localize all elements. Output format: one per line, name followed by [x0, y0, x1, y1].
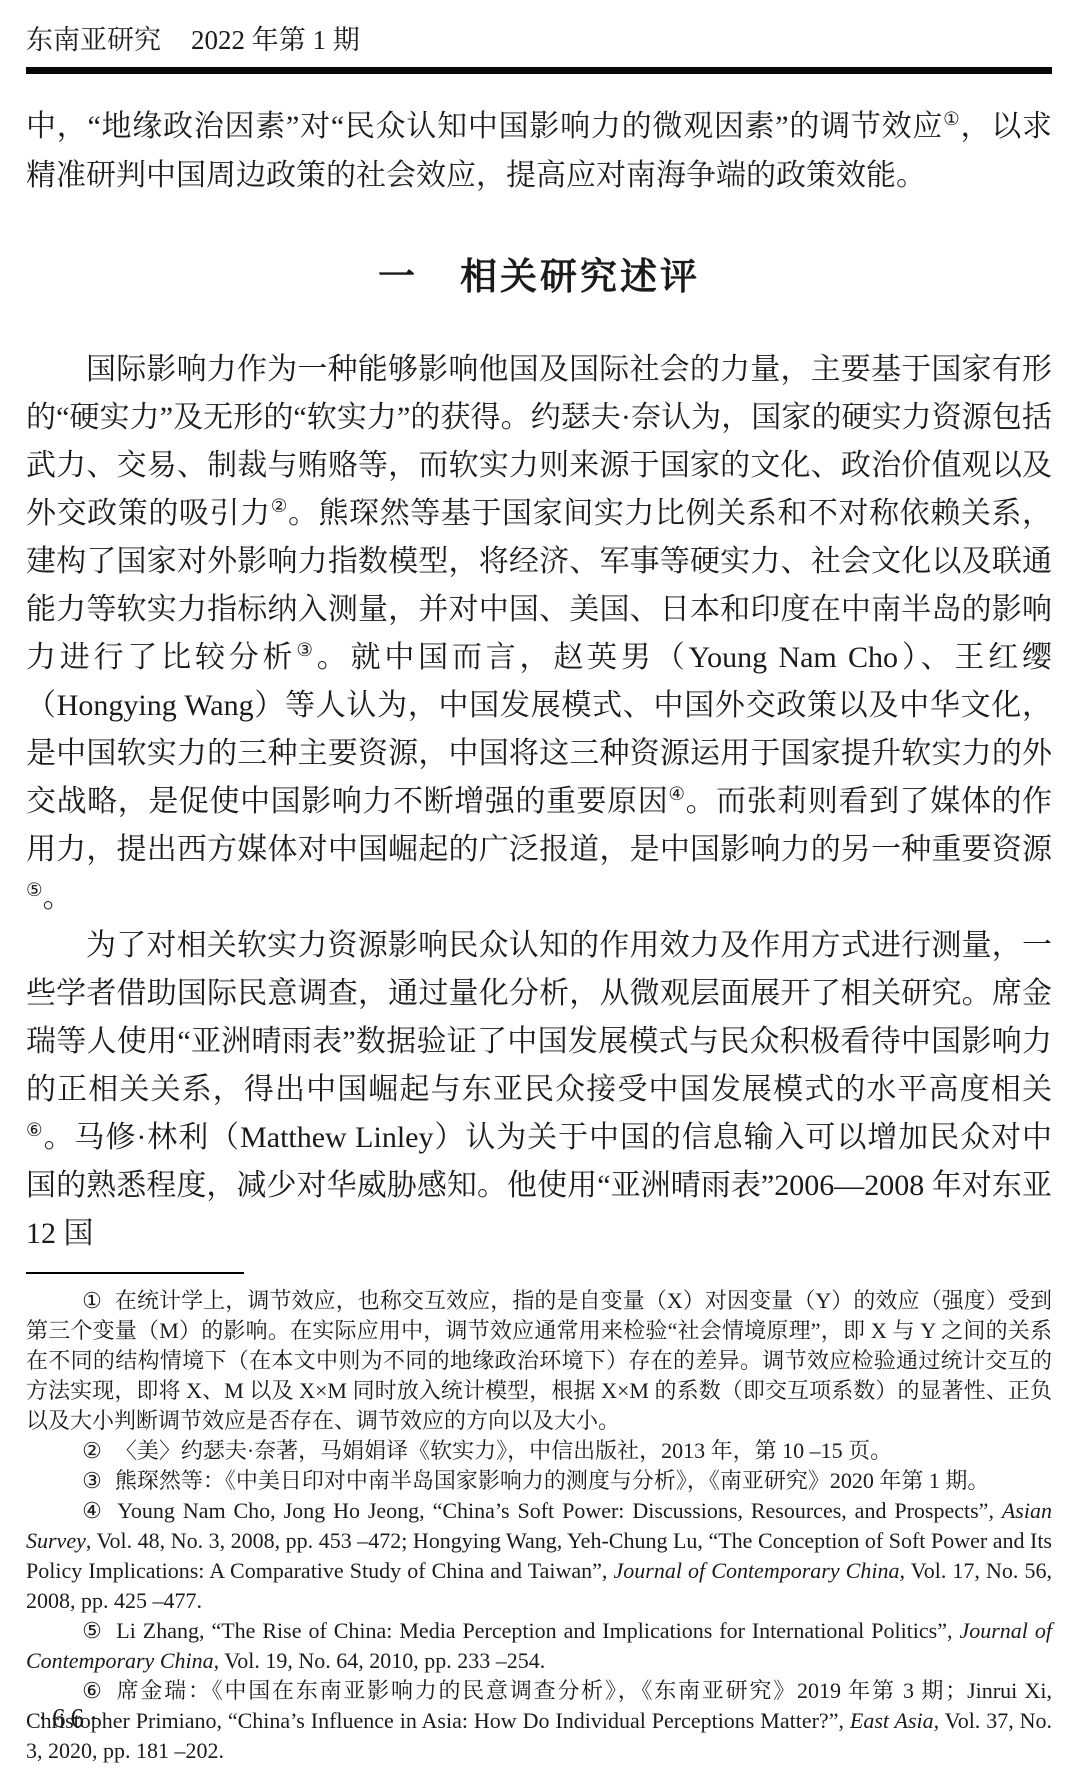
- footnote-item: ④Young Nam Cho, Jong Ho Jeong, “China’s …: [26, 1496, 1052, 1616]
- section-title: 相关研究述评: [460, 257, 700, 298]
- footnote-text: , Vol. 19, No. 64, 2010, pp. 233 –254.: [214, 1648, 546, 1673]
- section-heading: 一相关研究述评: [26, 246, 1052, 300]
- footnote-ref: ④: [668, 784, 685, 805]
- journal-title-italic: East Asia: [850, 1708, 934, 1733]
- issue-label: 2022 年第 1 期: [191, 25, 360, 55]
- footnote-ref: ⑤: [26, 880, 43, 901]
- footnote-ref: ①: [943, 109, 960, 130]
- footnote-item: ②〈美〉约瑟夫·奈著，马娟娟译《软实力》，中信出版社，2013 年，第 10 –…: [26, 1436, 1052, 1466]
- header-rule: [26, 67, 1052, 74]
- footnote-list: ①在统计学上，调节效应，也称交互效应，指的是自变量（X）对因变量（Y）的效应（强…: [26, 1286, 1052, 1766]
- footnote-text: 〈美〉约瑟夫·奈著，马娟娟译《软实力》，中信出版社，2013 年，第 10 –1…: [115, 1438, 892, 1463]
- intro-paragraph: 中，“地缘政治因素”对“民众认知中国影响力的微观因素”的调节效应①，以求精准研判…: [26, 102, 1052, 200]
- body-paragraph: 为了对相关软实力资源影响民众认知的作用效力及作用方式进行测量，一些学者借助国际民…: [26, 922, 1052, 1258]
- footnote-ref: ②: [271, 496, 288, 517]
- footnote-item: ⑤Li Zhang, “The Rise of China: Media Per…: [26, 1616, 1052, 1676]
- journal-title-italic: Journal of Contemporary China: [614, 1558, 900, 1583]
- body-paragraph: 国际影响力作为一种能够影响他国及国际社会的力量，主要基于国家有形的“硬实力”及无…: [26, 346, 1052, 922]
- footnote-item: ③熊琛然等：《中美日印对中南半岛国家影响力的测度与分析》，《南亚研究》2020 …: [26, 1466, 1052, 1496]
- body-paragraphs: 国际影响力作为一种能够影响他国及国际社会的力量，主要基于国家有形的“硬实力”及无…: [26, 346, 1052, 1258]
- footnote-marker: ③: [82, 1468, 102, 1493]
- footnote-item: ⑥席金瑞：《中国在东南亚影响力的民意调查分析》，《东南亚研究》2019 年第 3…: [26, 1676, 1052, 1766]
- footnote-marker: ④: [82, 1498, 104, 1523]
- running-head: 东南亚研究2022 年第 1 期: [26, 24, 1052, 56]
- footnote-marker: ⑥: [82, 1678, 104, 1703]
- page-number: ·66·: [38, 1703, 103, 1734]
- page-content: 东南亚研究2022 年第 1 期 中，“地缘政治因素”对“民众认知中国影响力的微…: [0, 0, 1078, 1766]
- journal-title: 东南亚研究: [26, 25, 161, 55]
- journal-page: 东南亚研究2022 年第 1 期 中，“地缘政治因素”对“民众认知中国影响力的微…: [0, 0, 1078, 1775]
- footnote-marker: ①: [82, 1288, 102, 1313]
- footnote-ref: ③: [296, 640, 316, 661]
- footnote-ref: ⑥: [26, 1120, 44, 1141]
- footnote-text: 在统计学上，调节效应，也称交互效应，指的是自变量（X）对因变量（Y）的效应（强度…: [26, 1288, 1052, 1433]
- footnote-marker: ②: [82, 1438, 102, 1463]
- footnote-separator-rule: [26, 1272, 244, 1274]
- footnote-text: Young Nam Cho, Jong Ho Jeong, “China’s S…: [117, 1498, 1002, 1523]
- footnote-text: 熊琛然等：《中美日印对中南半岛国家影响力的测度与分析》，《南亚研究》2020 年…: [115, 1468, 990, 1493]
- footnote-text: Li Zhang, “The Rise of China: Media Perc…: [116, 1618, 959, 1643]
- footnote-marker: ⑤: [82, 1618, 103, 1643]
- section-number: 一: [378, 257, 418, 298]
- footnote-item: ①在统计学上，调节效应，也称交互效应，指的是自变量（X）对因变量（Y）的效应（强…: [26, 1286, 1052, 1436]
